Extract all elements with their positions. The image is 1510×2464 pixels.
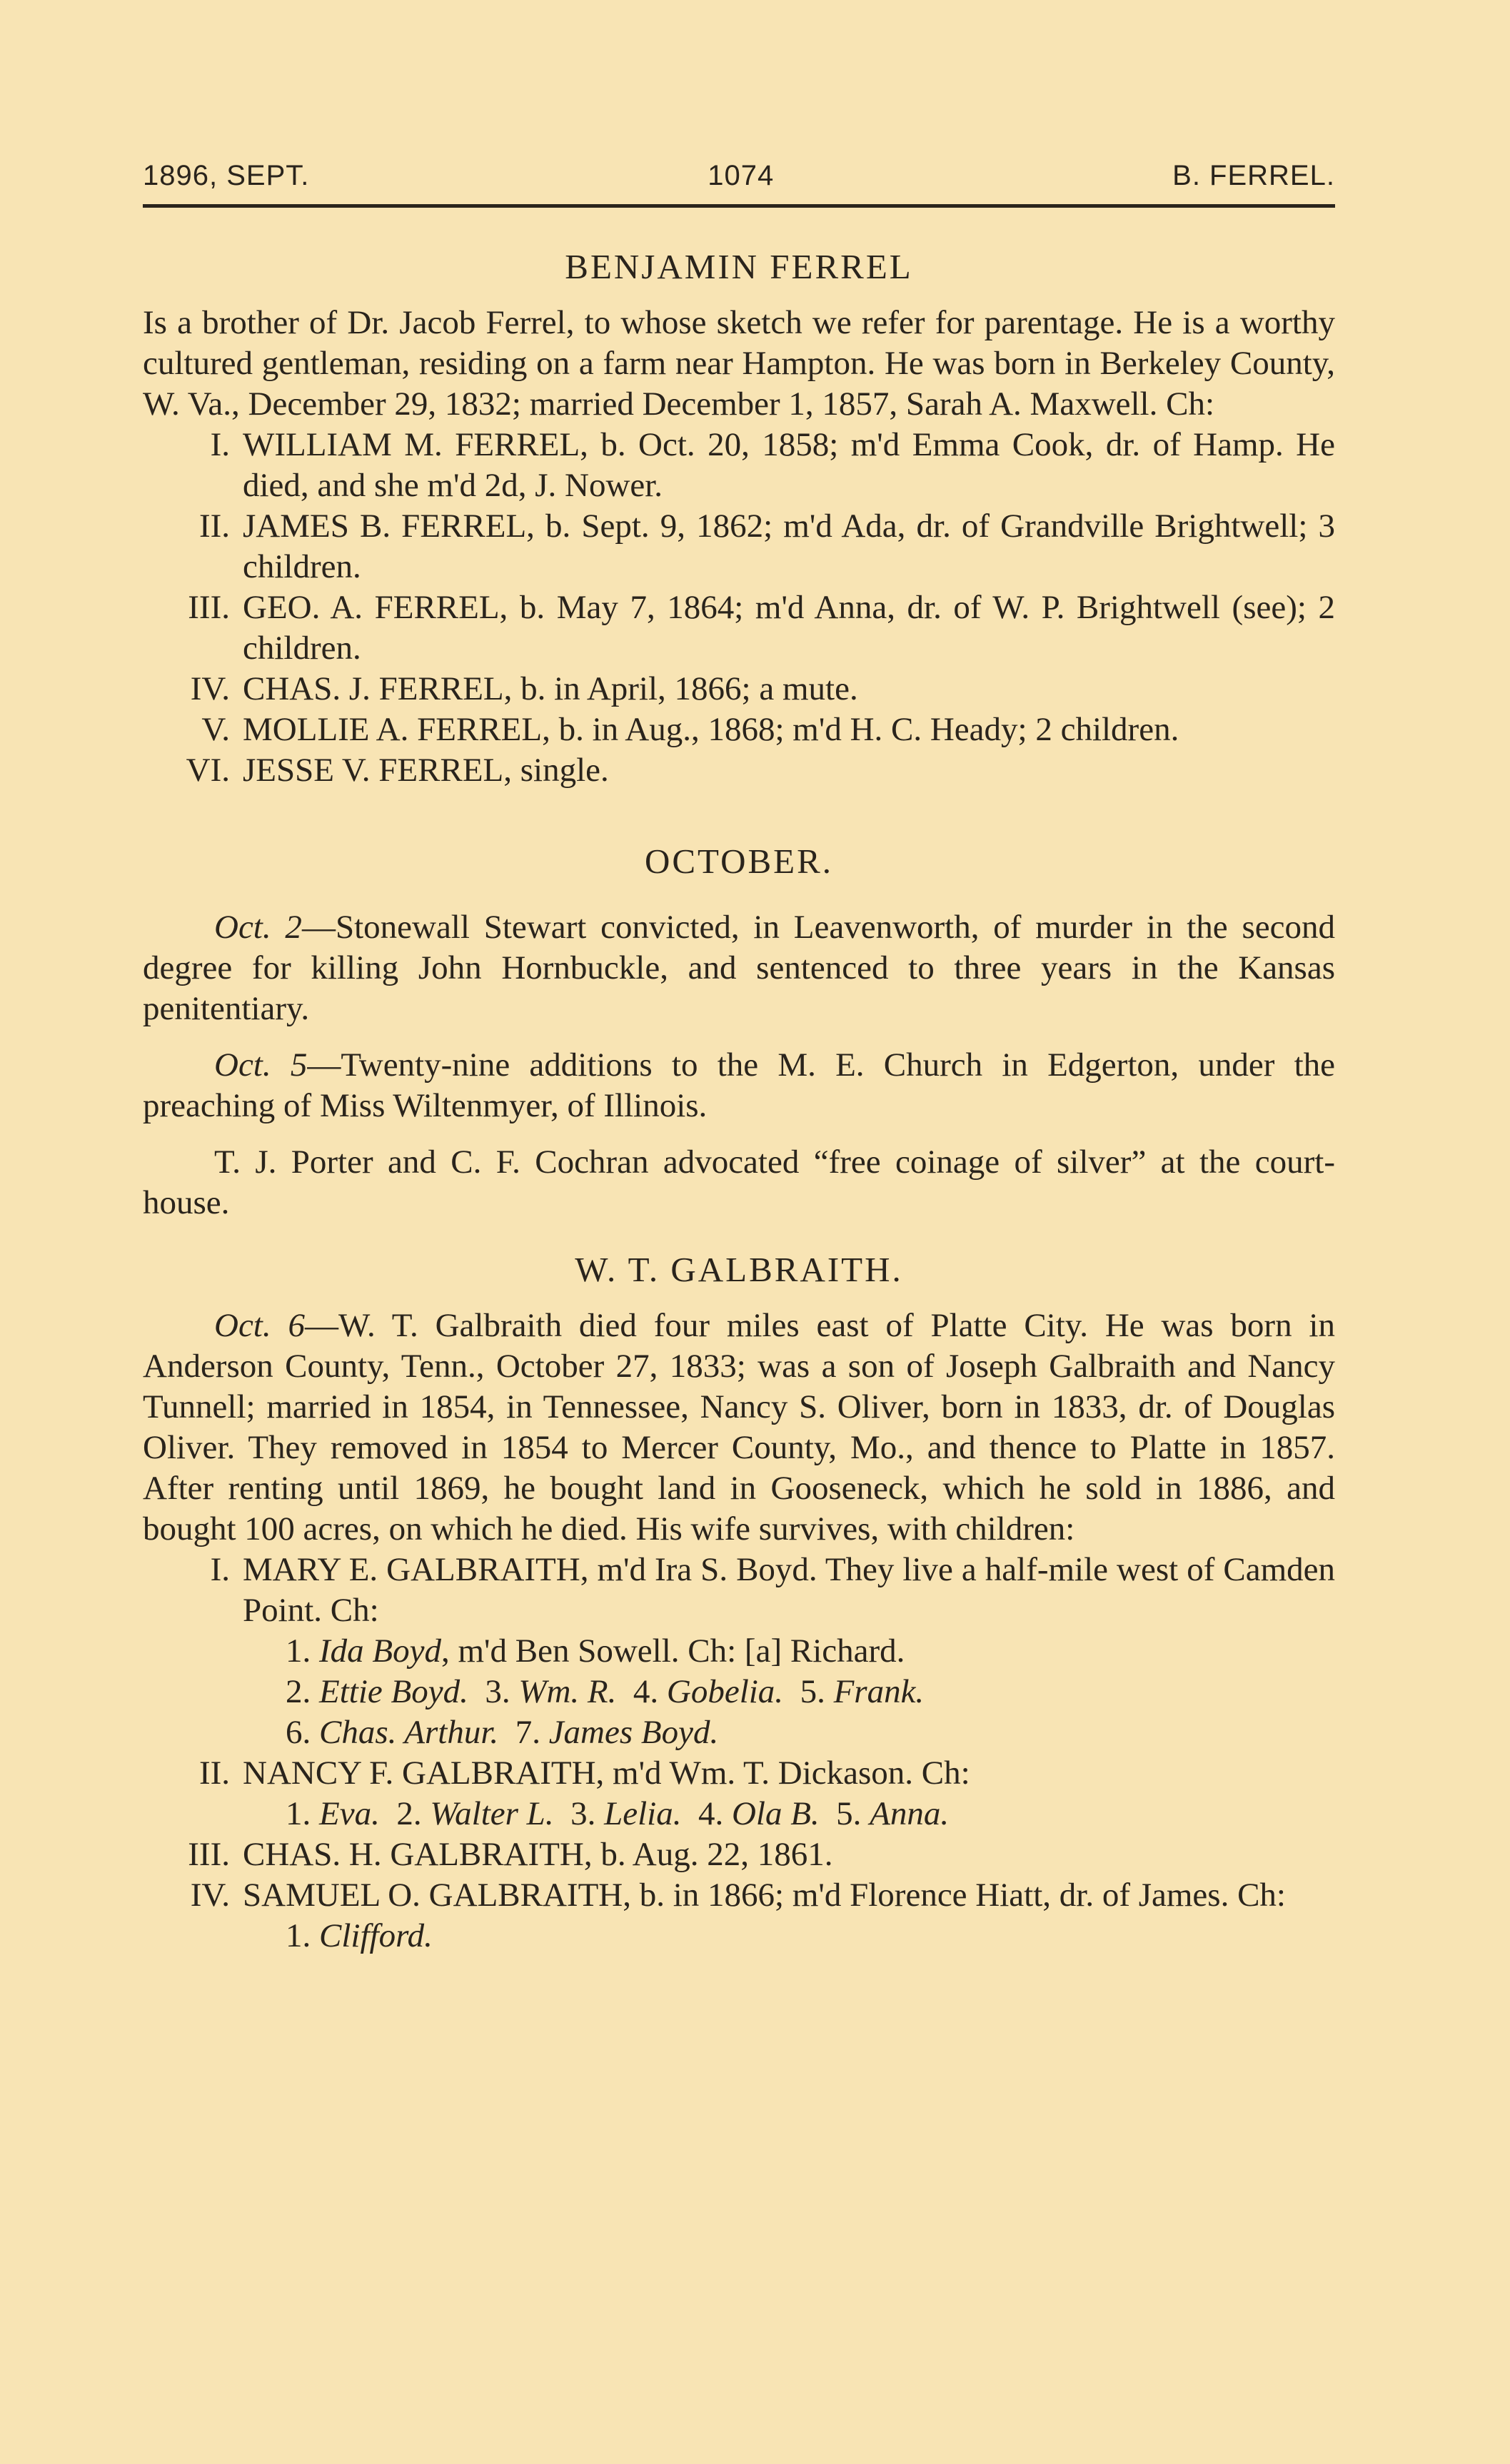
- grandchild-number: 3.: [468, 1673, 519, 1710]
- roman-numeral: I.: [143, 425, 230, 465]
- grandchild-number: 2.: [286, 1673, 319, 1710]
- child-text: GEO. A. FERREL, b. May 7, 1864; m'd Anna…: [243, 589, 1335, 667]
- galbraith-child: II. NANCY F. GALBRAITH, m'd Wm. T. Dicka…: [143, 1753, 1335, 1794]
- entry-text: —W. T. Galbraith died four miles east of…: [143, 1307, 1335, 1547]
- entry-text: —Twenty-nine additions to the M. E. Chur…: [143, 1046, 1335, 1124]
- ferrel-intro: Is a brother of Dr. Jacob Ferrel, to who…: [143, 303, 1335, 425]
- october-heading: OCTOBER.: [143, 841, 1335, 882]
- grandchild-number: 2.: [380, 1795, 431, 1832]
- ferrel-child: VI. JESSE V. FERREL, single.: [143, 750, 1335, 791]
- grandchild-name: James Boyd.: [549, 1714, 719, 1751]
- roman-numeral: VI.: [143, 750, 230, 791]
- galbraith-child: IV. SAMUEL O. GALBRAITH, b. in 1866; m'd…: [143, 1875, 1335, 1916]
- ferrel-child: I. WILLIAM M. FERREL, b. Oct. 20, 1858; …: [143, 425, 1335, 506]
- grandchild-name: Chas. Arthur.: [319, 1714, 498, 1751]
- entry-text: —Stonewall Stewart convicted, in Leavenw…: [143, 909, 1335, 1027]
- october-entry: T. J. Porter and C. F. Cochran advocated…: [143, 1142, 1335, 1223]
- entry-date: Oct. 6: [214, 1307, 305, 1344]
- galbraith-child: I. MARY E. GALBRAITH, m'd Ira S. Boyd. T…: [143, 1550, 1335, 1631]
- grandchild-name: Walter L.: [430, 1795, 553, 1832]
- roman-numeral: IV.: [143, 669, 230, 710]
- page-body: BENJAMIN FERREL Is a brother of Dr. Jaco…: [143, 246, 1335, 1956]
- grandchild-name: Lelia.: [604, 1795, 681, 1832]
- ferrel-child: V. MOLLIE A. FERREL, b. in Aug., 1868; m…: [143, 710, 1335, 750]
- roman-numeral: III.: [143, 587, 230, 628]
- entry-text: T. J. Porter and C. F. Cochran advocated…: [143, 1143, 1335, 1221]
- grandchild-number: 4.: [616, 1673, 667, 1710]
- roman-numeral: II.: [143, 506, 230, 547]
- grandchildren-list: 1. Clifford.: [143, 1916, 1335, 1956]
- grandchild-detail: , m'd Ben Sowell. Ch: [a] Richard.: [441, 1632, 905, 1670]
- grandchild-number: 5.: [820, 1795, 870, 1832]
- child-text: CHAS. J. FERREL, b. in April, 1866; a mu…: [243, 670, 858, 707]
- grandchildren-list: 1. Ida Boyd, m'd Ben Sowell. Ch: [a] Ric…: [143, 1631, 1335, 1753]
- page-number: 1074: [708, 160, 774, 192]
- grandchild-number: 1.: [286, 1795, 319, 1832]
- ferrel-child: IV. CHAS. J. FERREL, b. in April, 1866; …: [143, 669, 1335, 710]
- ferrel-child: II. JAMES B. FERREL, b. Sept. 9, 1862; m…: [143, 506, 1335, 587]
- running-head: 1896, SEPT. 1074 B. FERREL.: [143, 160, 1335, 192]
- ferrel-heading: BENJAMIN FERREL: [143, 246, 1335, 287]
- roman-numeral: II.: [143, 1753, 230, 1794]
- roman-numeral: IV.: [143, 1875, 230, 1916]
- grandchild-number: 1.: [286, 1917, 319, 1954]
- child-text: SAMUEL O. GALBRAITH, b. in 1866; m'd Flo…: [243, 1877, 1286, 1914]
- grandchild-name: Clifford.: [319, 1917, 433, 1954]
- grandchild-name: Ola B.: [732, 1795, 820, 1832]
- grandchild-number: 1.: [286, 1632, 319, 1670]
- galbraith-heading: W. T. GALBRAITH.: [143, 1249, 1335, 1290]
- grandchild-name: Anna.: [870, 1795, 949, 1832]
- roman-numeral: V.: [143, 710, 230, 750]
- roman-numeral: III.: [143, 1834, 230, 1875]
- grandchild-number: 3.: [554, 1795, 605, 1832]
- grandchildren-list: 1. Eva. 2. Walter L. 3. Lelia. 4. Ola B.…: [143, 1794, 1335, 1834]
- child-text: JAMES B. FERREL, b. Sept. 9, 1862; m'd A…: [243, 508, 1335, 585]
- october-entry: Oct. 2—Stonewall Stewart convicted, in L…: [143, 907, 1335, 1029]
- galbraith-child: III. CHAS. H. GALBRAITH, b. Aug. 22, 186…: [143, 1834, 1335, 1875]
- grandchild-name: Frank.: [834, 1673, 925, 1710]
- october-entry: Oct. 5—Twenty-nine additions to the M. E…: [143, 1045, 1335, 1126]
- grandchild-name: Ettie Boyd.: [319, 1673, 468, 1710]
- grandchild-name: Gobelia.: [667, 1673, 783, 1710]
- grandchild-name: Wm. R.: [518, 1673, 616, 1710]
- grandchild-number: 7.: [498, 1714, 549, 1751]
- grandchild-number: 4.: [681, 1795, 732, 1832]
- header-rule: [143, 204, 1335, 208]
- grandchild-name: Eva.: [319, 1795, 380, 1832]
- child-text: MARY E. GALBRAITH, m'd Ira S. Boyd. They…: [243, 1551, 1335, 1629]
- ferrel-child: III. GEO. A. FERREL, b. May 7, 1864; m'd…: [143, 587, 1335, 669]
- child-text: WILLIAM M. FERREL, b. Oct. 20, 1858; m'd…: [243, 426, 1335, 504]
- running-head-subject: B. FERREL.: [1172, 160, 1335, 192]
- grandchild-number: 6.: [286, 1714, 319, 1751]
- entry-date: Oct. 2: [214, 909, 302, 946]
- roman-numeral: I.: [143, 1550, 230, 1590]
- child-text: NANCY F. GALBRAITH, m'd Wm. T. Dickason.…: [243, 1754, 970, 1792]
- child-text: MOLLIE A. FERREL, b. in Aug., 1868; m'd …: [243, 711, 1179, 748]
- grandchild-number: 5.: [783, 1673, 834, 1710]
- child-text: JESSE V. FERREL, single.: [243, 752, 609, 789]
- grandchild-name: Ida Boyd: [319, 1632, 441, 1670]
- galbraith-intro: Oct. 6—W. T. Galbraith died four miles e…: [143, 1306, 1335, 1550]
- entry-date: Oct. 5: [214, 1046, 307, 1084]
- child-text: CHAS. H. GALBRAITH, b. Aug. 22, 1861.: [243, 1836, 832, 1873]
- running-head-date: 1896, SEPT.: [143, 160, 309, 192]
